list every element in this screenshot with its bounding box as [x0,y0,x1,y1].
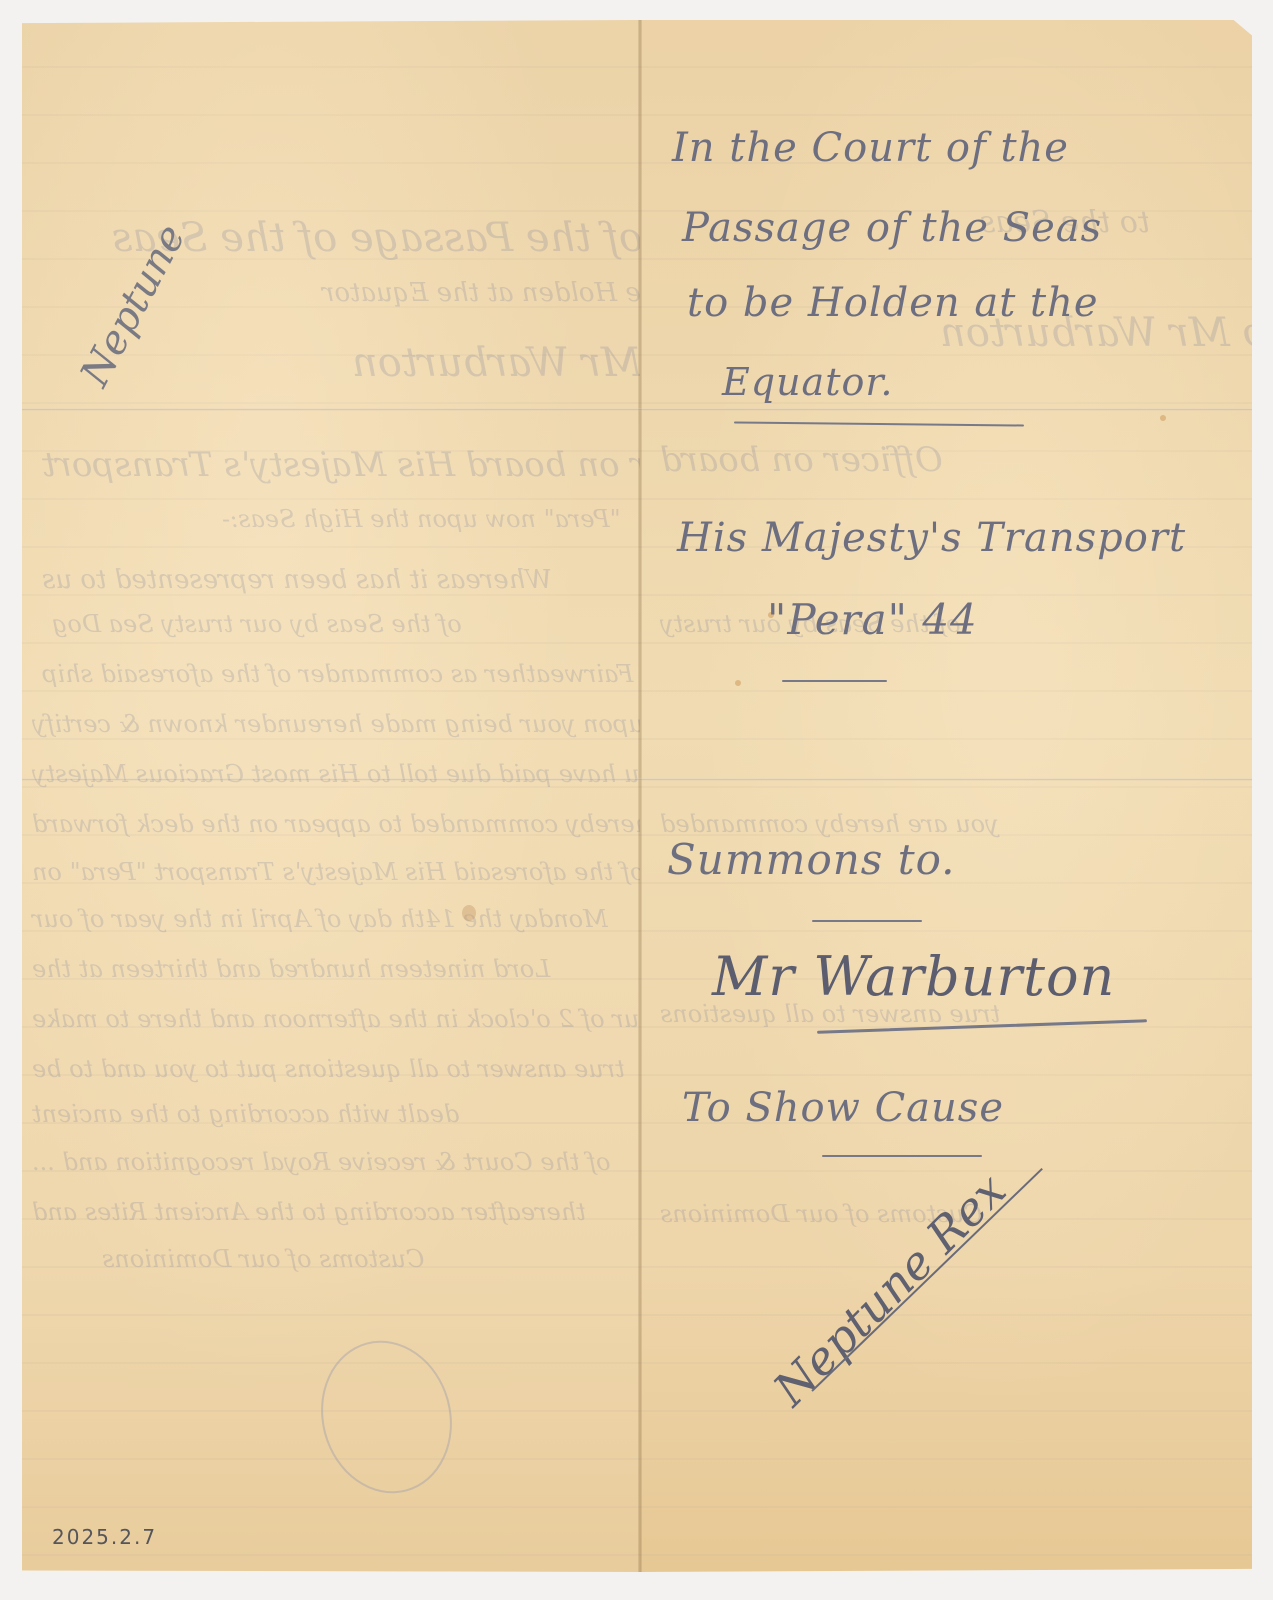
ghost-line: dealt with according to the ancient [32,1100,459,1128]
horizontal-fold [22,778,1252,781]
ghost-line: Monday the 14th day of April in the year… [32,905,608,933]
right-page: to the Seas To Mr Warburton Officer on b… [640,20,1252,1572]
ghost-line: that you have paid due toll to His most … [32,760,724,788]
ghost-line: Fairweather as commander of the aforesai… [42,660,633,688]
ghost-line: true answer to all questions put to you … [32,1055,625,1083]
ghost-line: Whereas it has been represented to us [42,565,552,595]
heading-line-3: to be Holden at the [687,280,1099,326]
ghost-line: hour of 2 o'clock in the afternoon and t… [32,1005,669,1033]
ghost-line: of the Seas by our trusty Sea Dog [52,610,462,638]
stain [735,680,741,686]
vessel-line-2: "Pera" 44 [767,595,978,644]
scanned-document: In the Court of the Passage of the Seas … [0,0,1273,1600]
ghost-line: Customs of our Dominions [102,1245,424,1273]
left-page: In the Court of the Passage of the Seas … [22,20,640,1572]
catalog-number: 2025.2.7 [52,1525,157,1549]
ghost-line: of the Court & receive Royal recognition… [32,1148,611,1176]
summons-underline [812,920,922,922]
summons-label: Summons to. [667,835,956,884]
heading-line-2: Passage of the Seas [682,205,1102,251]
ghost-line: you are hereby commanded [660,810,999,838]
vessel-line-1: His Majesty's Transport [677,515,1186,561]
heading-line-1: In the Court of the [672,125,1069,171]
ghost-line: "Pera" upon your being made hereunder kn… [32,710,729,738]
purpose-underline [822,1155,982,1157]
vertical-fold [638,20,642,1572]
recipient-name: Mr Warburton [712,945,1115,1008]
purpose-text: To Show Cause [682,1085,1004,1131]
horizontal-fold [22,408,1252,411]
ghost-line: Lord nineteen hundred and thirteen at th… [32,955,550,983]
letter-sheet: In the Court of the Passage of the Seas … [22,20,1252,1572]
ghost-line: Officer on board [660,440,943,480]
ghost-line: of the aforesaid His Majesty's Transport… [32,858,644,886]
ghost-line: to be Holden at the Equator [322,278,692,308]
heading-line-4: Equator. [722,360,893,404]
ghost-line: "Pera" now upon the High Seas:- [222,505,621,533]
vessel-underline [782,680,887,682]
ghost-line: thereafter according to the Ancient Rite… [32,1198,586,1226]
stain [462,905,476,921]
stain [1160,415,1166,421]
